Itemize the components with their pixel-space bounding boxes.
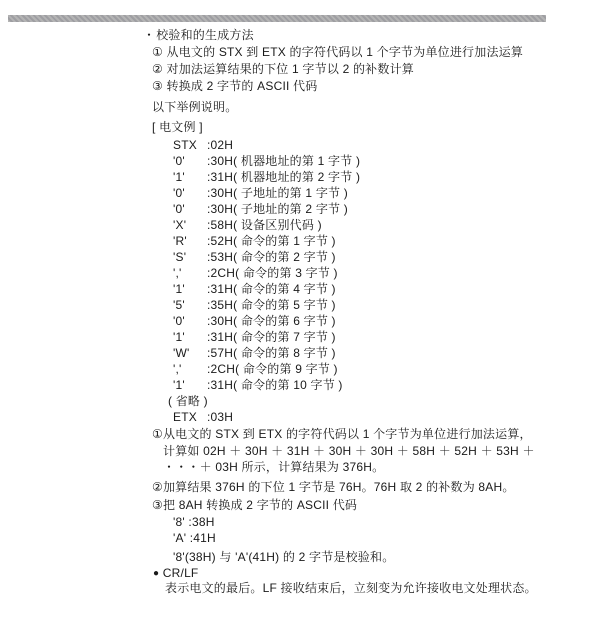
message-byte-label: '0' [173, 201, 207, 217]
message-row: 'S':53H( 命令的第 2 字节 ) [173, 249, 589, 265]
message-byte-label: ',' [173, 265, 207, 281]
crlf-section-title: ● CR/LF [153, 566, 589, 581]
checksum-step-2: ② 对加法运算结果的下位 1 字节以 2 的补数计算 [152, 61, 589, 78]
message-byte-code: :31H( 命令的第 7 字节 ) [207, 330, 336, 344]
explanation-step1-line1: ①从电文的 STX 到 ETX 的字符代码以 1 个字节为单位进行加法运算， [152, 426, 589, 443]
message-row: '0':30H( 子地址的第 2 字节 ) [173, 201, 589, 217]
message-byte-label: 'X' [173, 217, 207, 233]
message-example-heading: [ 电文例 ] [152, 119, 589, 136]
message-byte-code: :31H( 机器地址的第 2 字节 ) [207, 170, 360, 184]
message-row: 'X':58H( 设备区别代码 ) [173, 217, 589, 233]
message-byte-label: '1' [173, 329, 207, 345]
message-row: '0':30H( 子地址的第 1 字节 ) [173, 185, 589, 201]
message-byte-code: :35H( 命令的第 5 字节 ) [207, 298, 336, 312]
ascii-char-label: '8' [173, 515, 185, 529]
message-byte-code: :30H( 子地址的第 1 字节 ) [207, 186, 348, 200]
message-byte-code: :57H( 命令的第 8 字节 ) [207, 346, 336, 360]
message-byte-code: :30H( 命令的第 6 字节 ) [207, 314, 336, 328]
message-row: 'W':57H( 命令的第 8 字节 ) [173, 345, 589, 361]
message-byte-code: :52H( 命令的第 1 字节 ) [207, 234, 336, 248]
message-row: '1':31H( 命令的第 7 字节 ) [173, 329, 589, 345]
ascii-char-code: :38H [188, 515, 214, 529]
message-byte-code: :31H( 命令的第 4 字节 ) [207, 282, 336, 296]
message-byte-label: '0' [173, 153, 207, 169]
message-byte-code: :2CH( 命令的第 3 字节 ) [207, 266, 338, 280]
document-content: ・校验和的生成方法 ① 从电文的 STX 到 ETX 的字符代码以 1 个字节为… [143, 27, 589, 595]
message-byte-label: 'S' [173, 249, 207, 265]
message-byte-label: STX [173, 137, 207, 153]
page-top-divider [8, 15, 546, 22]
section-bullet-dot: ・ [143, 28, 155, 42]
message-row: '5':35H( 命令的第 5 字节 ) [173, 297, 589, 313]
message-byte-label: '1' [173, 169, 207, 185]
message-byte-code: :31H( 命令的第 10 字节 ) [207, 378, 343, 392]
message-row: 'R':52H( 命令的第 1 字节 ) [173, 233, 589, 249]
message-byte-label: 'R' [173, 233, 207, 249]
message-byte-code: :03H [207, 410, 233, 424]
message-row-etx: ETX:03H [173, 409, 589, 425]
message-example-list: STX:02H '0':30H( 机器地址的第 1 字节 ) '1':31H( … [173, 137, 589, 425]
message-byte-code: :30H( 机器地址的第 1 字节 ) [207, 154, 360, 168]
message-omission-note: ( 省略 ) [168, 393, 589, 409]
message-byte-label: '0' [173, 185, 207, 201]
message-byte-label: '5' [173, 297, 207, 313]
ascii-code-row-a: 'A' :41H [173, 530, 589, 547]
message-row: ',':2CH( 命令的第 9 字节 ) [173, 361, 589, 377]
explanation-step1-line3: ・・・＋ 03H 所示，计算结果为 376H。 [163, 459, 589, 476]
checksum-section-title-text: 校验和的生成方法 [156, 28, 254, 42]
message-row: '1':31H( 机器地址的第 2 字节 ) [173, 169, 589, 185]
ascii-char-code: :41H [190, 531, 216, 545]
message-byte-label: '1' [173, 377, 207, 393]
message-row: '0':30H( 命令的第 6 字节 ) [173, 313, 589, 329]
checksum-step-1: ① 从电文的 STX 到 ETX 的字符代码以 1 个字节为单位进行加法运算 [152, 44, 589, 61]
checksum-conclusion: '8'(38H) 与 'A'(41H) 的 2 字节是校验和。 [173, 549, 589, 566]
message-row: '1':31H( 命令的第 10 字节 ) [173, 377, 589, 393]
ascii-char-label: 'A' [173, 531, 186, 545]
explanation-step3: ③把 8AH 转换成 2 字节的 ASCII 代码 [152, 497, 589, 514]
message-byte-code: :58H( 设备区别代码 ) [207, 218, 322, 232]
message-row: '0':30H( 机器地址的第 1 字节 ) [173, 153, 589, 169]
message-byte-label: ETX [173, 409, 207, 425]
message-byte-code: :53H( 命令的第 2 字节 ) [207, 250, 336, 264]
checksum-step-3: ③ 转换成 2 字节的 ASCII 代码 [152, 78, 589, 95]
message-byte-label: ',' [173, 361, 207, 377]
checksum-section-title: ・校验和的生成方法 [143, 27, 589, 44]
explanation-step1-line2: 计算如 02H ＋ 30H ＋ 31H ＋ 30H ＋ 30H ＋ 58H ＋ … [163, 443, 589, 460]
message-byte-label: '1' [173, 281, 207, 297]
message-row: ',':2CH( 命令的第 3 字节 ) [173, 265, 589, 281]
explanation-step2: ②加算结果 376H 的下位 1 字节是 76H。76H 取 2 的补数为 8A… [152, 479, 589, 496]
message-row-stx: STX:02H [173, 137, 589, 153]
example-intro-text: 以下举例说明。 [152, 99, 589, 116]
message-byte-label: '0' [173, 313, 207, 329]
message-byte-code: :30H( 子地址的第 2 字节 ) [207, 202, 348, 216]
ascii-code-row-8: '8' :38H [173, 514, 589, 531]
message-byte-code: :2CH( 命令的第 9 字节 ) [207, 362, 338, 376]
message-byte-code: :02H [207, 138, 233, 152]
message-byte-label: 'W' [173, 345, 207, 361]
message-row: '1':31H( 命令的第 4 字节 ) [173, 281, 589, 297]
crlf-section-body: 表示电文的最后。LF 接收结束后，立刻变为允许接收电文处理状态。 [165, 581, 589, 595]
crlf-title-text: CR/LF [163, 566, 199, 580]
